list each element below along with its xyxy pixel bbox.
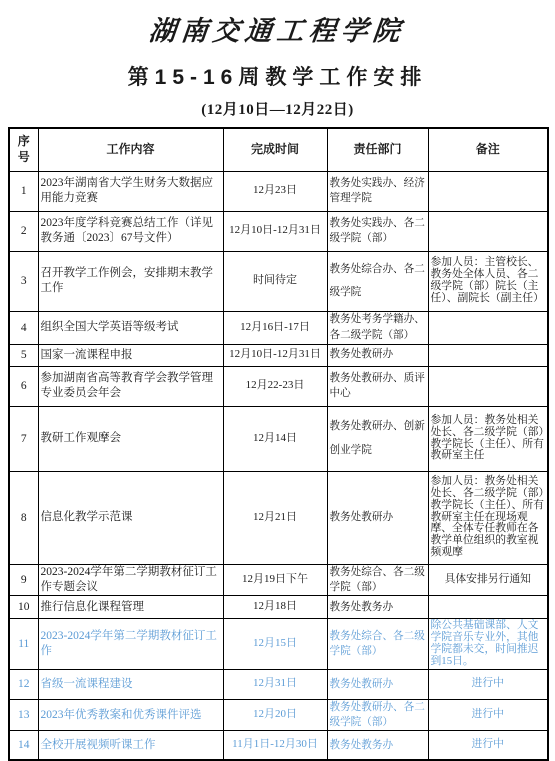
cell-dept: 教务处教务办 bbox=[327, 596, 428, 619]
col-header-content: 工作内容 bbox=[38, 128, 223, 171]
cell-remark: 进行中 bbox=[428, 699, 548, 731]
cell-content: 全校开展视频听课工作 bbox=[38, 731, 223, 760]
table-row: 5 国家一流课程申报 12月10日-12月31日 教务处教研办 bbox=[9, 344, 548, 366]
cell-content: 2023年湖南省大学生财务大数据应用能力竞赛 bbox=[38, 171, 223, 211]
cell-remark bbox=[428, 366, 548, 406]
cell-remark: 参加人员：教务处相关处长、各二级学院（部）教学院长（主任）、所有教研室主任 bbox=[428, 406, 548, 471]
cell-dept: 教务处综合、各二级学院（部） bbox=[327, 564, 428, 596]
cell-time: 12月22-23日 bbox=[223, 366, 327, 406]
table-row: 2 2023年度学科竞赛总结工作（详见教务通〔2023〕67号文件） 12月10… bbox=[9, 211, 548, 251]
cell-no: 9 bbox=[9, 564, 38, 596]
cell-no: 6 bbox=[9, 366, 38, 406]
cell-content: 组织全国大学英语等级考试 bbox=[38, 311, 223, 344]
table-row: 8 信息化教学示范课 12月21日 教务处教研办 参加人员：教务处相关处长、各二… bbox=[9, 471, 548, 564]
cell-time: 12月10日-12月31日 bbox=[223, 211, 327, 251]
col-header-no: 序号 bbox=[9, 128, 38, 171]
cell-dept: 教务处教研办 bbox=[327, 344, 428, 366]
cell-no: 13 bbox=[9, 699, 38, 731]
table-row: 11 2023-2024学年第二学期教材征订工作 12月15日 教务处综合、各二… bbox=[9, 619, 548, 670]
schedule-table: 序号 工作内容 完成时间 责任部门 备注 1 2023年湖南省大学生财务大数据应… bbox=[8, 127, 549, 761]
cell-time: 12月10日-12月31日 bbox=[223, 344, 327, 366]
table-row: 7 教研工作观摩会 12月14日 教务处教研办、创新创业学院 参加人员：教务处相… bbox=[9, 406, 548, 471]
table-row: 13 2023年优秀教案和优秀课件评选 12月20日 教务处教研办、各二级学院（… bbox=[9, 699, 548, 731]
cell-content: 2023年优秀教案和优秀课件评选 bbox=[38, 699, 223, 731]
table-header-row: 序号 工作内容 完成时间 责任部门 备注 bbox=[9, 128, 548, 171]
cell-time: 时间待定 bbox=[223, 251, 327, 311]
cell-no: 12 bbox=[9, 669, 38, 699]
table-row: 9 2023-2024学年第二学期教材征订工作专题会议 12月19日下午 教务处… bbox=[9, 564, 548, 596]
cell-time: 12月16日-17日 bbox=[223, 311, 327, 344]
cell-dept: 教务处实践办、经济管理学院 bbox=[327, 171, 428, 211]
cell-content: 参加湖南省高等教育学会教学管理专业委员会年会 bbox=[38, 366, 223, 406]
cell-time: 11月1日-12月30日 bbox=[223, 731, 327, 760]
cell-time: 12月18日 bbox=[223, 596, 327, 619]
cell-content: 教研工作观摩会 bbox=[38, 406, 223, 471]
cell-remark: 参加人员：主管校长、教务处全体人员、各二级学院（部）院长（主任）、副院长（副主任… bbox=[428, 251, 548, 311]
cell-no: 14 bbox=[9, 731, 38, 760]
cell-time: 12月14日 bbox=[223, 406, 327, 471]
cell-content: 省级一流课程建设 bbox=[38, 669, 223, 699]
cell-dept: 教务处考务学籍办、各二级学院（部） bbox=[327, 311, 428, 344]
cell-content: 信息化教学示范课 bbox=[38, 471, 223, 564]
cell-remark bbox=[428, 596, 548, 619]
cell-content: 推行信息化课程管理 bbox=[38, 596, 223, 619]
cell-remark: 具体安排另行通知 bbox=[428, 564, 548, 596]
cell-dept: 教务处教务办 bbox=[327, 731, 428, 760]
cell-no: 4 bbox=[9, 311, 38, 344]
document-page: 湖南交通工程学院 第15-16周教学工作安排 (12月10日—12月22日) 序… bbox=[0, 0, 555, 761]
school-name: 湖南交通工程学院 bbox=[0, 0, 555, 48]
cell-no: 3 bbox=[9, 251, 38, 311]
cell-remark bbox=[428, 311, 548, 344]
cell-time: 12月20日 bbox=[223, 699, 327, 731]
page-title: 第15-16周教学工作安排 bbox=[0, 61, 555, 91]
cell-content: 国家一流课程申报 bbox=[38, 344, 223, 366]
cell-no: 2 bbox=[9, 211, 38, 251]
cell-dept: 教务处教研办 bbox=[327, 471, 428, 564]
cell-no: 5 bbox=[9, 344, 38, 366]
date-range: (12月10日—12月22日) bbox=[0, 98, 555, 119]
cell-no: 11 bbox=[9, 619, 38, 670]
cell-content: 2023-2024学年第二学期教材征订工作专题会议 bbox=[38, 564, 223, 596]
cell-remark bbox=[428, 211, 548, 251]
cell-content: 2023-2024学年第二学期教材征订工作 bbox=[38, 619, 223, 670]
cell-remark: 除公共基础课部、人文学院音乐专业外，其他学院都未交，时间推迟到15日。 bbox=[428, 619, 548, 670]
col-header-dept: 责任部门 bbox=[327, 128, 428, 171]
cell-remark: 参加人员：教务处相关处长、各二级学院（部）教学院长（主任）、所有教研室主任在现场… bbox=[428, 471, 548, 564]
cell-content: 2023年度学科竞赛总结工作（详见教务通〔2023〕67号文件） bbox=[38, 211, 223, 251]
cell-remark bbox=[428, 171, 548, 211]
cell-no: 7 bbox=[9, 406, 38, 471]
table-row: 3 召开教学工作例会，安排期末教学工作 时间待定 教务处综合办、各二级学院 参加… bbox=[9, 251, 548, 311]
cell-time: 12月21日 bbox=[223, 471, 327, 564]
cell-time: 12月23日 bbox=[223, 171, 327, 211]
cell-remark bbox=[428, 344, 548, 366]
cell-time: 12月19日下午 bbox=[223, 564, 327, 596]
cell-time: 12月31日 bbox=[223, 669, 327, 699]
table-row: 4 组织全国大学英语等级考试 12月16日-17日 教务处考务学籍办、各二级学院… bbox=[9, 311, 548, 344]
cell-dept: 教务处综合、各二级学院（部） bbox=[327, 619, 428, 670]
table-row: 14 全校开展视频听课工作 11月1日-12月30日 教务处教务办 进行中 bbox=[9, 731, 548, 760]
col-header-time: 完成时间 bbox=[223, 128, 327, 171]
cell-time: 12月15日 bbox=[223, 619, 327, 670]
cell-no: 10 bbox=[9, 596, 38, 619]
cell-remark: 进行中 bbox=[428, 669, 548, 699]
table-row: 1 2023年湖南省大学生财务大数据应用能力竞赛 12月23日 教务处实践办、经… bbox=[9, 171, 548, 211]
cell-no: 1 bbox=[9, 171, 38, 211]
table-row: 12 省级一流课程建设 12月31日 教务处教研办 进行中 bbox=[9, 669, 548, 699]
cell-dept: 教务处综合办、各二级学院 bbox=[327, 251, 428, 311]
cell-dept: 教务处教研办、质评中心 bbox=[327, 366, 428, 406]
cell-no: 8 bbox=[9, 471, 38, 564]
cell-dept: 教务处教研办、各二级学院（部） bbox=[327, 699, 428, 731]
cell-content: 召开教学工作例会，安排期末教学工作 bbox=[38, 251, 223, 311]
cell-remark: 进行中 bbox=[428, 731, 548, 760]
cell-dept: 教务处教研办、创新创业学院 bbox=[327, 406, 428, 471]
cell-dept: 教务处实践办、各二级学院（部） bbox=[327, 211, 428, 251]
cell-dept: 教务处教研办 bbox=[327, 669, 428, 699]
col-header-remark: 备注 bbox=[428, 128, 548, 171]
table-row: 6 参加湖南省高等教育学会教学管理专业委员会年会 12月22-23日 教务处教研… bbox=[9, 366, 548, 406]
table-row: 10 推行信息化课程管理 12月18日 教务处教务办 bbox=[9, 596, 548, 619]
